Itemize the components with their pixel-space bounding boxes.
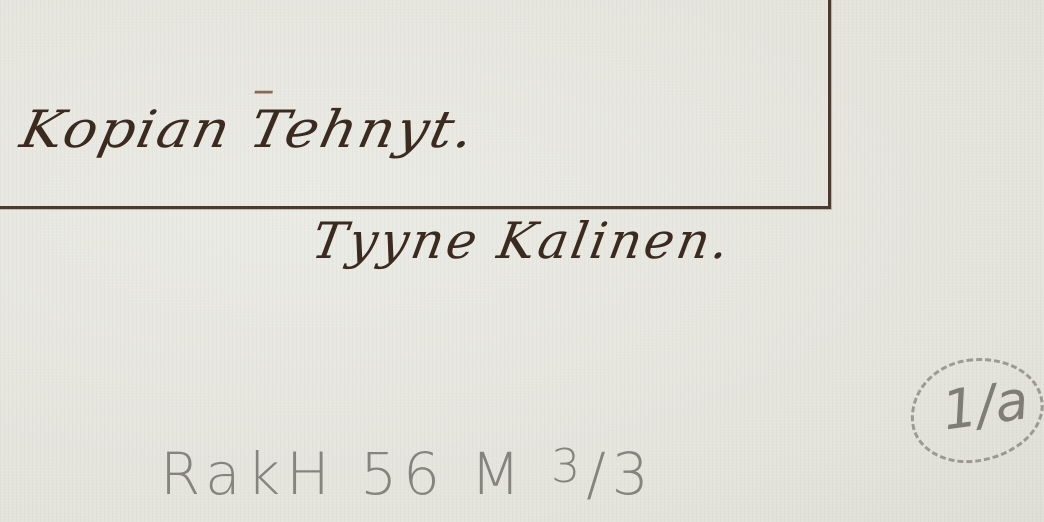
copy-made-note: Kopian Tehnyt.	[15, 100, 481, 160]
archive-sheet-number: 3	[551, 439, 586, 493]
archive-reference: RakH 56 M 3/3	[160, 440, 655, 508]
document-page: Kopian Tehnyt. Tyyne Kalinen. RakH 56 M …	[0, 0, 1044, 522]
signature: Tyyne Kalinen.	[308, 212, 737, 270]
circled-page-mark-text: 1/a	[938, 368, 1032, 442]
accent-mark	[254, 91, 273, 94]
circled-page-mark: 1/a	[903, 349, 1044, 471]
archive-reference-prefix: RakH 56 M	[160, 440, 527, 508]
copy-made-text: Kopian Tehnyt.	[15, 100, 481, 160]
archive-sheet-total: /3	[586, 440, 654, 508]
